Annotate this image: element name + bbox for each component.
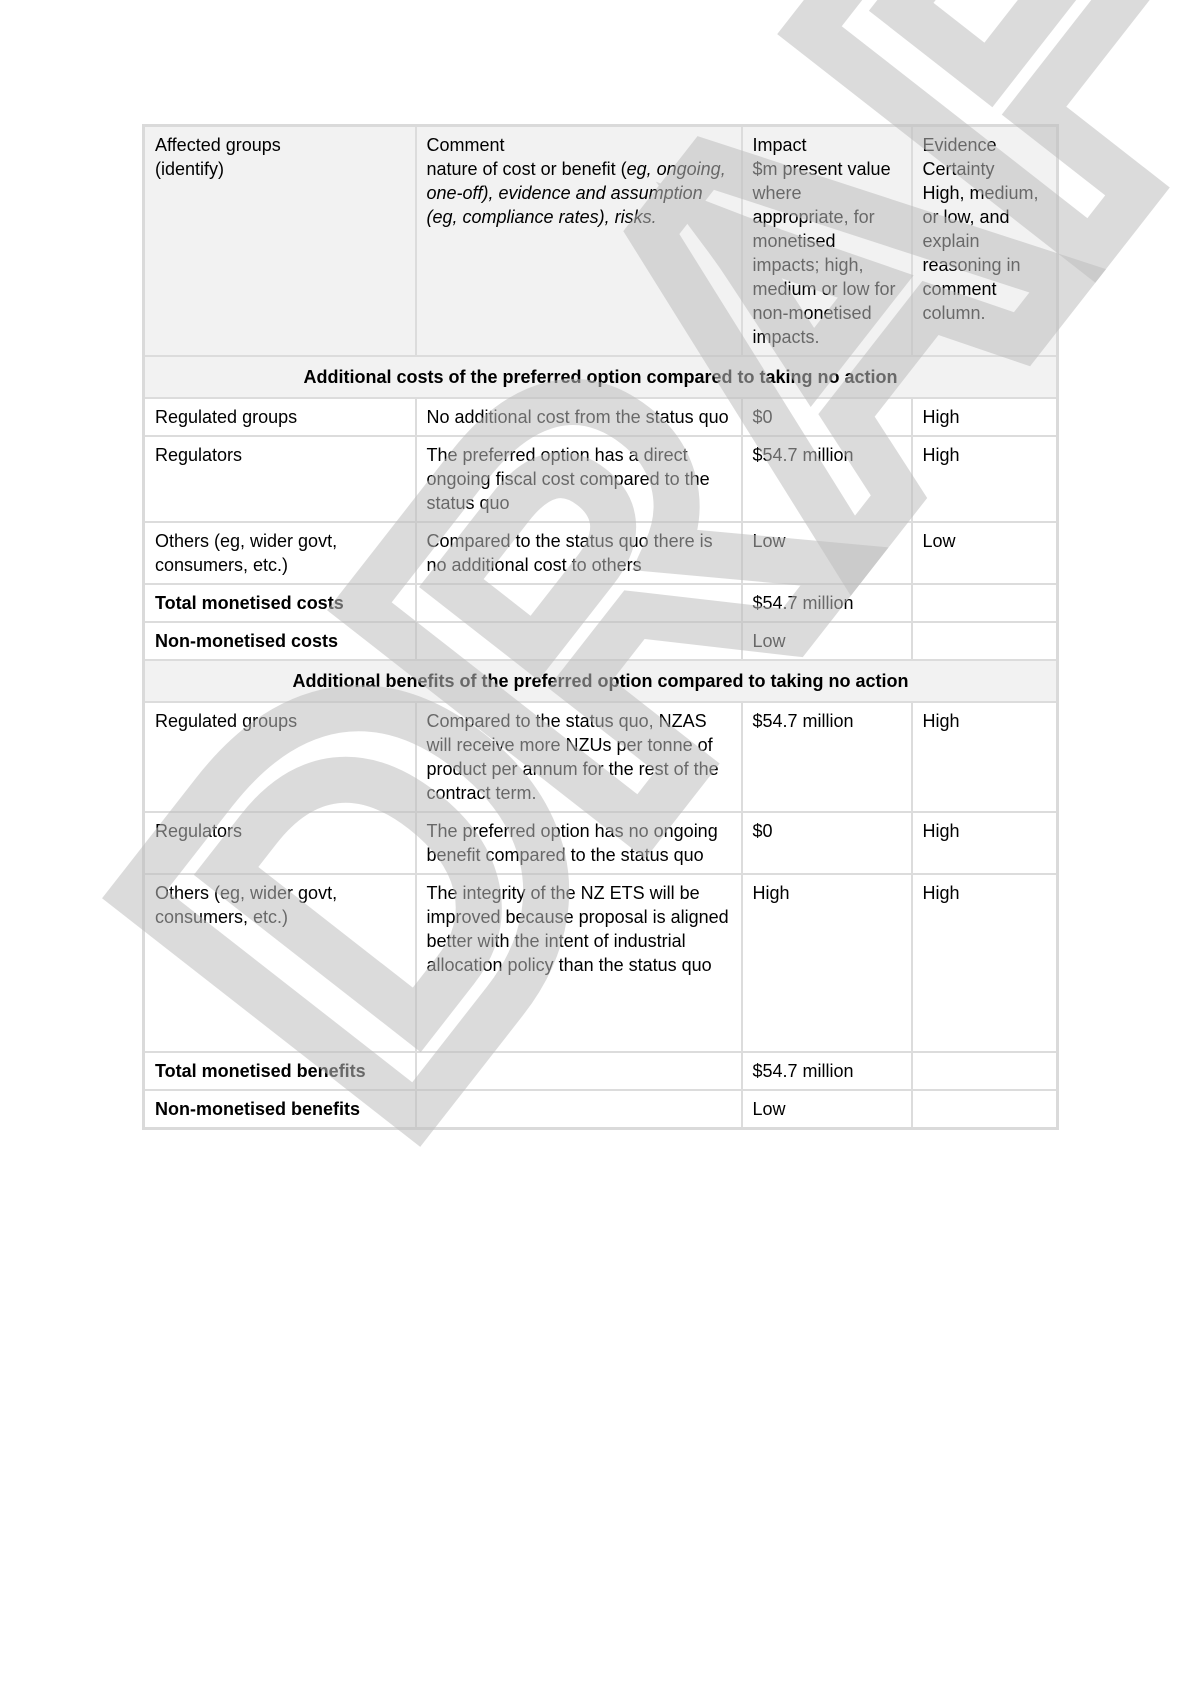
table-row: Regulators The preferred option has a di… [144,436,1058,522]
header-title: Affected groups [155,133,405,157]
non-monetised-costs-row: Non-monetised costs Low [144,622,1058,660]
cost-benefit-table: Affected groups (identify) Comment natur… [142,124,1059,1130]
cell-group: Regulators [144,436,416,522]
cell-group: Regulated groups [144,398,416,436]
cell-comment-empty [416,584,742,622]
cell-comment: The integrity of the NZ ETS will be impr… [416,874,742,1052]
cell-impact: $54.7 million [742,584,912,622]
cell-certainty-empty [912,1052,1058,1090]
cell-impact: $54.7 million [742,1052,912,1090]
cell-certainty: High [912,398,1058,436]
header-title: Evidence Certainty [923,133,1047,181]
row-label: Non-monetised benefits [144,1090,416,1129]
cell-certainty: Low [912,522,1058,584]
section-heading: Additional costs of the preferred option… [144,356,1058,398]
cell-certainty: High [912,702,1058,812]
header-subtitle: $m present value where appropriate, for … [753,157,901,349]
cell-certainty-empty [912,622,1058,660]
cell-impact: Low [742,1090,912,1129]
header-title: Comment [427,133,731,157]
cell-comment-empty [416,1052,742,1090]
cell-certainty: High [912,874,1058,1052]
cell-impact: $54.7 million [742,436,912,522]
header-comment: Comment nature of cost or benefit (eg, o… [416,126,742,357]
cell-group: Others (eg, wider govt, consumers, etc.) [144,874,416,1052]
table-row: Others (eg, wider govt, consumers, etc.)… [144,522,1058,584]
table-row: Regulators The preferred option has no o… [144,812,1058,874]
header-title: Impact [753,133,901,157]
total-monetised-benefits-row: Total monetised benefits $54.7 million [144,1052,1058,1090]
cell-comment: Compared to the status quo, NZAS will re… [416,702,742,812]
cell-certainty: High [912,436,1058,522]
section-heading-costs: Additional costs of the preferred option… [144,356,1058,398]
non-monetised-benefits-row: Non-monetised benefits Low [144,1090,1058,1129]
cell-comment: The preferred option has no ongoing bene… [416,812,742,874]
cell-comment-empty [416,1090,742,1129]
cell-impact: High [742,874,912,1052]
cell-impact: $0 [742,398,912,436]
header-subtitle: High, medium, or low, and explain reason… [923,181,1047,325]
row-label: Total monetised benefits [144,1052,416,1090]
cell-group: Regulators [144,812,416,874]
row-label: Total monetised costs [144,584,416,622]
cell-certainty: High [912,812,1058,874]
header-subtitle: (identify) [155,157,405,181]
cell-impact: Low [742,522,912,584]
table-row: Others (eg, wider govt, consumers, etc.)… [144,874,1058,1052]
row-label: Non-monetised costs [144,622,416,660]
cell-comment-empty [416,622,742,660]
cell-group: Others (eg, wider govt, consumers, etc.) [144,522,416,584]
table-row: Regulated groups No additional cost from… [144,398,1058,436]
cell-comment: No additional cost from the status quo [416,398,742,436]
cell-impact: Low [742,622,912,660]
cell-certainty-empty [912,1090,1058,1129]
section-heading-benefits: Additional benefits of the preferred opt… [144,660,1058,702]
cell-impact: $0 [742,812,912,874]
cell-comment: The preferred option has a direct ongoin… [416,436,742,522]
cell-group: Regulated groups [144,702,416,812]
cell-impact: $54.7 million [742,702,912,812]
cell-certainty-empty [912,584,1058,622]
total-monetised-costs-row: Total monetised costs $54.7 million [144,584,1058,622]
document-page: Affected groups (identify) Comment natur… [0,0,1190,1684]
cell-comment: Compared to the status quo there is no a… [416,522,742,584]
header-evidence-certainty: Evidence Certainty High, medium, or low,… [912,126,1058,357]
header-subtitle: nature of cost or benefit ( [427,159,627,179]
header-impact: Impact $m present value where appropriat… [742,126,912,357]
section-heading: Additional benefits of the preferred opt… [144,660,1058,702]
table-row: Regulated groups Compared to the status … [144,702,1058,812]
header-affected-groups: Affected groups (identify) [144,126,416,357]
table-header-row: Affected groups (identify) Comment natur… [144,126,1058,357]
